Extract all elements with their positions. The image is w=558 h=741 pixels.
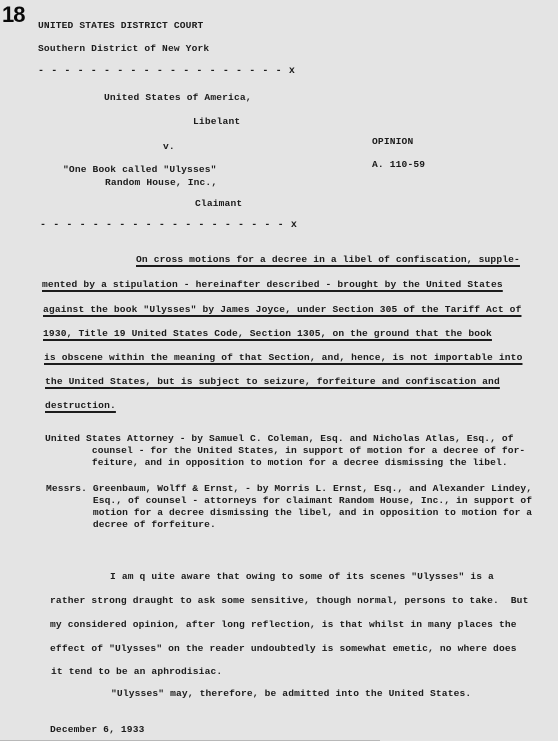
opinion-line: rather strong draught to ask some sensit…: [50, 595, 528, 607]
counsel-line: counsel - for the United States, in supp…: [45, 445, 525, 457]
opinion-line: I am q uite aware that owing to some of …: [110, 571, 494, 583]
summary-line: the United States, but is subject to sei…: [45, 376, 500, 388]
district-name: Southern District of New York: [38, 43, 209, 55]
counsel-line: United States Attorney - by Samuel C. Co…: [45, 433, 514, 445]
caption-separator-bottom: - - - - - - - - - - - - - - - - - - - x: [40, 220, 297, 231]
defendant-line-1: "One Book called "Ulysses": [63, 164, 217, 176]
case-number: A. 110-59: [372, 159, 425, 171]
counsel-line: motion for a decree dismissing the libel…: [46, 507, 532, 519]
opinion-line: it tend to be an aphrodisiac.: [51, 666, 222, 678]
court-name: UNITED STATES DISTRICT COURT: [38, 20, 203, 32]
summary-line: On cross motions for a decree in a libel…: [136, 254, 520, 266]
counsel-line: Esq., of counsel - attorneys for claiman…: [46, 495, 532, 507]
summary-line: is obscene within the meaning of that Se…: [44, 352, 522, 364]
opinion-line: effect of "Ulysses" on the reader undoub…: [50, 643, 517, 655]
plaintiff-role: Libelant: [193, 116, 240, 128]
counsel-line: feiture, and in opposition to motion for…: [45, 457, 508, 469]
plaintiff-name: United States of America,: [104, 92, 252, 104]
document-type: OPINION: [372, 136, 413, 148]
counsel-line: decree of forfeiture.: [46, 519, 216, 531]
page-number: 18: [2, 2, 24, 28]
caption-separator-top: - - - - - - - - - - - - - - - - - - - x: [38, 66, 295, 77]
defendant-line-2: Random House, Inc.,: [105, 177, 217, 189]
opinion-date: December 6, 1933: [50, 724, 145, 736]
opinion-line: my considered opinion, after long reflec…: [50, 619, 517, 631]
counsel-line: Messrs. Greenbaum, Wolff & Ernst, - by M…: [46, 483, 532, 495]
summary-line: destruction.: [45, 400, 116, 412]
summary-line: 1930, Title 19 United States Code, Secti…: [43, 328, 492, 340]
conclusion: "Ulysses" may, therefore, be admitted in…: [111, 688, 471, 700]
summary-line: mented by a stipulation - hereinafter de…: [42, 279, 503, 291]
summary-line: against the book "Ulysses" by James Joyc…: [43, 304, 521, 316]
versus-label: v.: [163, 141, 175, 153]
defendant-role: Claimant: [195, 198, 242, 210]
